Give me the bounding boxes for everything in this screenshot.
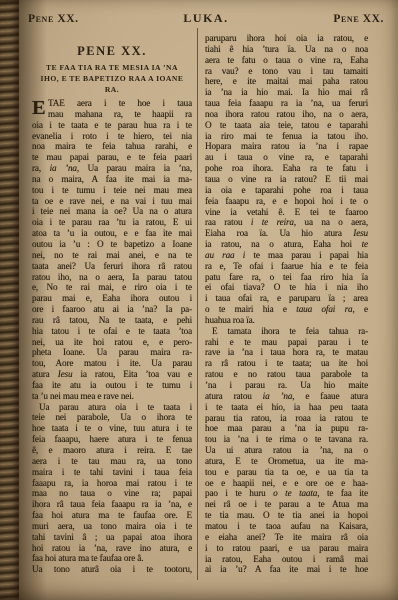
text-line: muri aera, ua tono maira oia i te [32, 521, 192, 532]
text-line: atura ratou ia ’na, e faaue atura [205, 391, 368, 402]
chapter-subtitle: TE FAA TIA RA TE MESIA IA ’NA IHO, E TE … [37, 62, 187, 95]
text-line: hoe maa parau a ’na ia pupu ra- [205, 423, 368, 434]
text-line: 7pheta Ioane. Ua parau maira ra- [32, 347, 192, 358]
text-line: 20’na i parau ra. Ua hio maite [205, 380, 368, 391]
text-line: 16taua o vine ra ia ratou? E tii mai [205, 174, 368, 185]
text-line: ra vau? e tono vau i tau tamaiti [205, 66, 368, 77]
text-line: tahi tavini â ; ua papai atoa ihora [32, 532, 192, 543]
text-line: te mau papai parau, e te feia paari [32, 152, 192, 163]
text-line: 13tiahi ê hia ’tura ïa. Ua na o noa [205, 44, 368, 55]
text-line: o te mairi hia e taua ofai ra, e [205, 304, 368, 315]
text-line: ia riro mai te fenua ia tatou iho. [205, 131, 368, 142]
text-line: ia ratou, na o atura, Eaha hoi te [205, 239, 368, 250]
text-line: au raa i te maa parau i papai hia [205, 250, 368, 261]
text-line: ratou iho, na o aera, Ia parau tatou [32, 272, 192, 283]
text-line: feia faaapu ra, e e hopoi hoi i te o [205, 196, 368, 207]
text-line: hoe taata i te o vine, tuu atura i te [32, 423, 192, 434]
running-head-title: LUKA. [183, 11, 228, 26]
text-line: au i taua o vine ra, e taparahi [205, 152, 368, 163]
text-line: ra e, Te ofai i faarue hia e te feia [205, 261, 368, 272]
text-line: 17Eiaha roa ïa. Ua hio atura Iesu [205, 228, 368, 239]
text-line: 3i teie nei mana ia oe? Ua na o atura [32, 206, 192, 217]
book-page-scan: Pene XX. LUKA. Pene XX. PENE XX. TE FAA … [0, 0, 398, 600]
text-line: rahi e te mau papai parau i te [205, 337, 368, 348]
text-line: atura, E te Orometua, ua ite ma- [205, 456, 368, 467]
text-line: 14ia ’na ia hio mai. Ia hio mai râ [205, 87, 368, 98]
text-line: vine ia vetahi ê. E tei te faaroo [205, 207, 368, 218]
text-line: TAE aera i te hoe i taua [32, 98, 192, 109]
text-line: 8tou, Aore matou i ite. Ua parau [32, 358, 192, 369]
text-line: tou e parau tia ta oe, e ua tia ta [205, 467, 368, 478]
text-line: 22te tia mau. O te tia anei ia hopoi [205, 510, 368, 521]
text-line: rau râ tatou, Na te taata, e pehi [32, 315, 192, 326]
text-line: hoi ratou ia ’na, rave ino atura, e [32, 543, 192, 554]
left-column: PENE XX. TE FAA TIA RA TE MESIA IA ’NA I… [32, 45, 192, 575]
text-line: aera te fatu o taua o vine ra, Eaha [205, 55, 368, 66]
chapter-title: PENE XX. [32, 45, 192, 58]
text-line: 2ra, ia ’na, Ua parau maira ia ’na, [32, 163, 192, 174]
text-line: nei, ua ite hoi ratou e, e pero- [32, 337, 192, 348]
text-line: 9Ua parau atura oia i te taata i [32, 402, 192, 413]
text-line: tou ia ’na i te rima o te tavana ra. [205, 434, 368, 445]
text-line: 12Ua tono aturâ oia i te tootoru, [32, 564, 192, 575]
text-line: aera i te tau mau ra, ua tono [32, 456, 192, 467]
text-line: nei râ oe i te parau a te Atua ma [205, 499, 368, 510]
text-line: 5taata anei? Ua feruri ihora râ ratou [32, 261, 192, 272]
text-line: 19E tamata ihora te feia tahua ra- [205, 326, 368, 337]
column-divider [197, 28, 198, 580]
text-line: matou i te taoa aufau na Kaisara, [205, 521, 368, 532]
left-column-body: E TAE aera i te hoe i tauamau mahana ra,… [32, 98, 192, 575]
text-line: taua feia faaapu ra ia ’na, ua feruri [205, 98, 368, 109]
text-line: 4outou ia ’u : O te bapetizo a Ioane [32, 239, 192, 250]
text-line: mau mahana ra, te haapii ra [32, 109, 192, 120]
text-line: na o maira, A faa ite mai ia ma- [32, 174, 192, 185]
text-line: teie nei parabole, Ua o ihora te [32, 412, 192, 423]
right-column-lines: paruparu ihora hoi oia ia ratou, e13tiah… [205, 33, 368, 575]
book-spine-page-edges [0, 0, 19, 600]
text-line: hia tatou i te ofai e te taata ’toa [32, 326, 192, 337]
text-line: here, e ite maitai mai paha ratou [205, 76, 368, 87]
text-line: 23e eiaha anei? Te ite maira râ oia [205, 532, 368, 543]
text-line: e, No te rai mai, e riro oia i te [32, 282, 192, 293]
text-line: i te taata ei hio, ia haa peu taata [205, 402, 368, 413]
text-line: oia i te parau raa ’tu ia ratou, E ui [32, 217, 192, 228]
right-column-body: paruparu ihora hoi oia ia ratou, e13tiah… [205, 33, 368, 575]
text-line: tou i te tumu i teie nei mau mea [32, 185, 192, 196]
text-line: oe e haapii nei, e e ore oe e haa- [205, 478, 368, 489]
text-line: O te taata aia teie, tatou e taparahi [205, 120, 368, 131]
text-line: 10ê, e maoro atura i reira. E tae [32, 445, 192, 456]
text-line: 11faa hoi atura ma te faufaa ore. E [32, 510, 192, 521]
text-line: maira i te tahi tavini i taua feia [32, 467, 192, 478]
text-line: atoa ta ’u ia outou, e e faa ite mai [32, 228, 192, 239]
text-line: faa hoi atura ma te faufaa ore â. [32, 553, 192, 564]
text-line: evanelia i roto i te hiero, tei nia [32, 131, 192, 142]
text-line: 6ore i faaroo atu ai ia ’na? Ia pa- [32, 304, 192, 315]
text-line: oia i te taata e te parau hua ra i te [32, 120, 192, 131]
text-line: 18ei ofai tiava? O te hia i nia iho [205, 282, 368, 293]
running-head-left: Pene XX. [28, 13, 183, 25]
text-line: ratou e no ratou taua parabole ta [205, 369, 368, 380]
running-head: Pene XX. LUKA. Pene XX. [28, 11, 384, 26]
text-line: parau mai e, Eaha ihora outou i [32, 293, 192, 304]
text-line: raa ratou i te reira, ua na o aera, [205, 217, 368, 228]
text-line: ihora râ taua feia faaapu ra ia ’na, e [32, 499, 192, 510]
running-head-right: Pene XX. [229, 13, 384, 25]
text-line: ta ’u nei mau mea e rave nei. [32, 391, 192, 402]
text-line: 24ai ia ’u? A faa ite mai i te hoe [205, 564, 368, 575]
text-line: faa ite atu ia outou i te tumu i [32, 380, 192, 391]
text-line: huahua roa ïa. [205, 315, 368, 326]
text-line: noa maira te feia tahua rarahi, e [32, 141, 192, 152]
text-line: i to ratou paari, e ua parau maira [205, 543, 368, 554]
text-line: maa no taua o vine ra; papai [32, 488, 192, 499]
text-line: ra râ ratou i te taata; ua ite hoi [205, 358, 368, 369]
text-line: pohe roa ihora. Eaha ra te fatu i [205, 163, 368, 174]
text-line: 15Hopara maira ratou ia ’na i rapae [205, 141, 368, 152]
text-line: 21Ua ui atura ratou ia ’na, na o [205, 445, 368, 456]
text-line: pao i te huru o te taata, te faa ite [205, 488, 368, 499]
text-line: faaapu ra, ia horoa mai ratou i te [32, 478, 192, 489]
text-line: paruparu ihora hoi oia ia ratou, e [205, 33, 368, 44]
text-line: noa ihora ratou ratou iho, na o aera, [205, 109, 368, 120]
text-line: patu fare ra, o tei faa riro hia ïa [205, 272, 368, 283]
text-line: atura Iesu ia ratou, Eita ’toa vau e [32, 369, 192, 380]
left-column-lines: TAE aera i te hoe i tauamau mahana ra, t… [32, 98, 192, 575]
text-line: parau tia ratou, ia roaa ia ratou te [205, 413, 368, 424]
text-line: ia oia e taparahi pohe roa i taua [205, 185, 368, 196]
text-line: nei, no te rai mai anei, e na te [32, 250, 192, 261]
text-line: ia ratou, Eaha outou i ramâ mai [205, 554, 368, 565]
text-line: ta oe e rave nei, e na vai i tuu mai [32, 196, 192, 207]
text-line: i taua ofai ra, e paruparu ïa ; area [205, 293, 368, 304]
text-line: feia faaapu, haere atura i te fenua [32, 434, 192, 445]
right-column: paruparu ihora hoi oia ia ratou, e13tiah… [205, 33, 368, 575]
text-line: rave ia ’na i taua hora ra, te matau [205, 347, 368, 358]
